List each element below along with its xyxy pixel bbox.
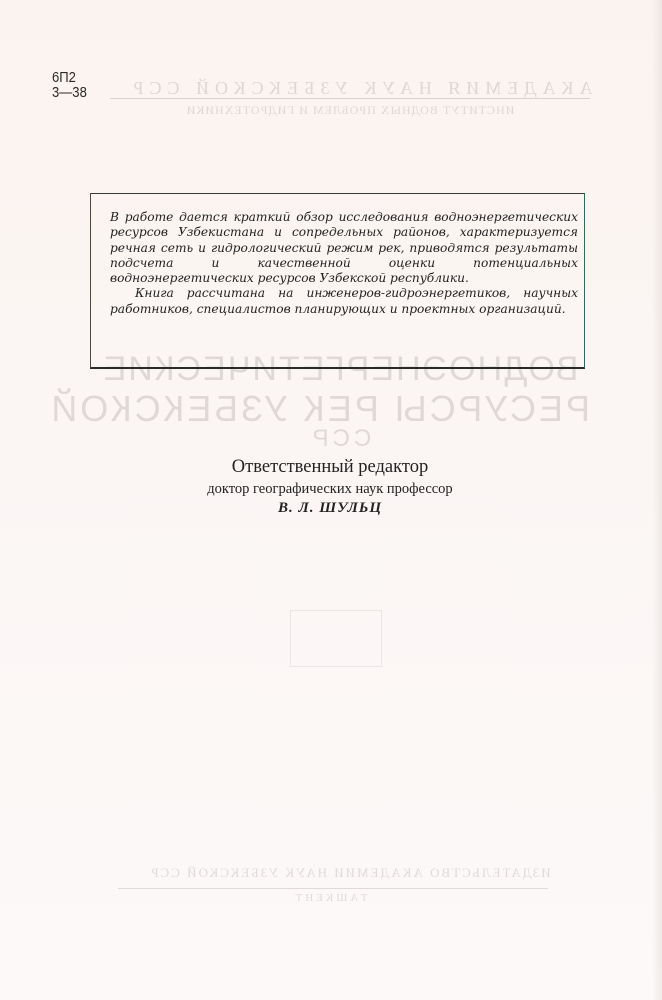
show-through-rule-bottom (118, 888, 548, 889)
classification-line1: 6П2 (52, 71, 87, 86)
show-through-academy-header: АКАДЕМИЯ НАУК УЗБЕКСКОЙ ССР (100, 78, 620, 99)
show-through-institute: ИНСТИТУТ ВОДНЫХ ПРОБЛЕМ И ГИДРОТЕХНИКИ (170, 103, 530, 118)
page-edge-shadow (652, 0, 662, 1000)
show-through-title-line2: РЕСУРСЫ РЕК УЗБЕКСКОЙ (90, 388, 590, 430)
show-through-title-line3: ССР (90, 425, 590, 453)
abstract-paragraph: В работе дается краткий обзор исследован… (110, 210, 578, 286)
classification-line2: 3—38 (52, 86, 87, 101)
classification-code: 6П2 3—38 (52, 71, 87, 101)
editor-block: Ответственный редактор доктор географиче… (150, 455, 510, 517)
abstract-paragraph: Книга рассчитана на инженеров-гидроэнерг… (110, 286, 578, 317)
document-page: АКАДЕМИЯ НАУК УЗБЕКСКОЙ ССР ИНСТИТУТ ВОД… (0, 0, 662, 1000)
show-through-publisher: ИЗДАТЕЛЬСТВО АКАДЕМИИ НАУК УЗБЕКСКОЙ ССР (100, 865, 600, 881)
show-through-city: ТАШКЕНТ (200, 892, 460, 904)
abstract: В работе дается краткий обзор исследован… (110, 210, 578, 317)
editor-name: В. Л. ШУЛЬЦ (150, 499, 510, 517)
show-through-stamp (290, 610, 382, 667)
editor-label: Ответственный редактор (150, 455, 510, 479)
editor-title: доктор географических наук профессор (150, 479, 510, 499)
show-through-rule (110, 98, 590, 99)
